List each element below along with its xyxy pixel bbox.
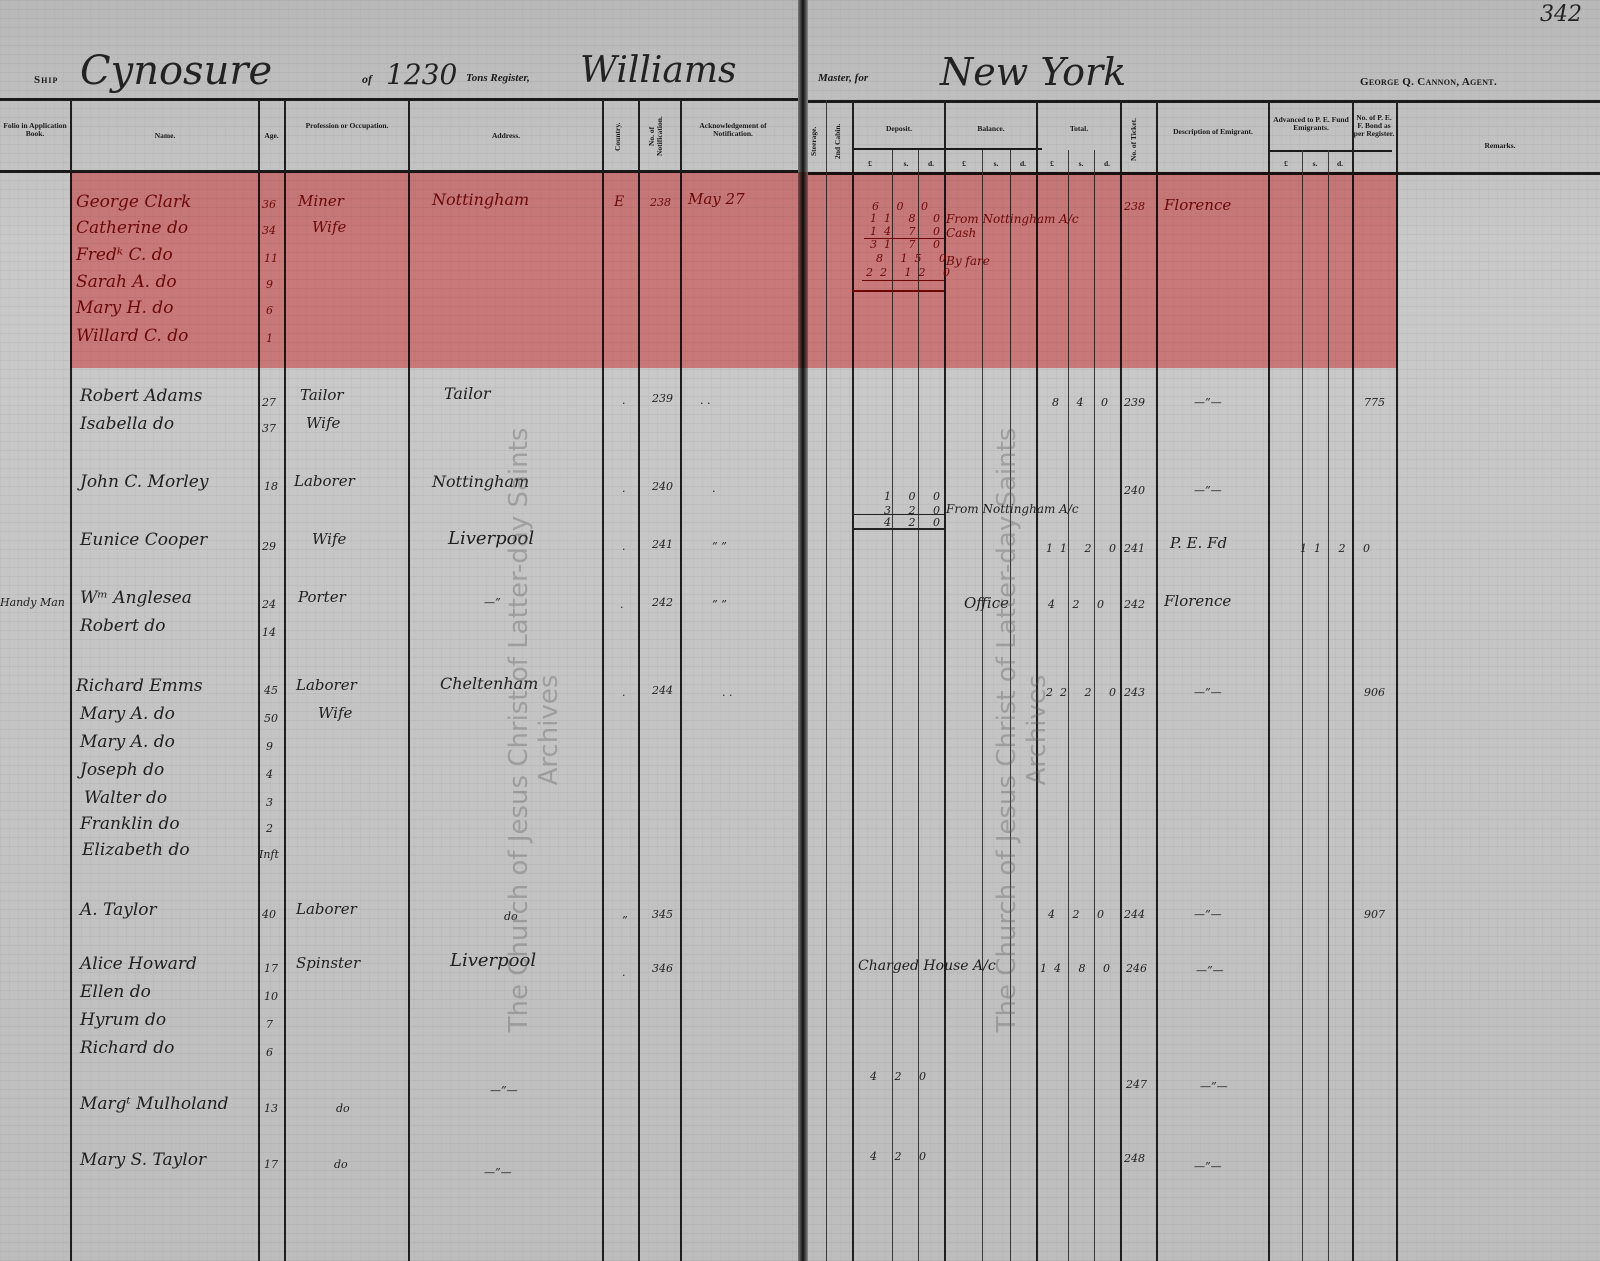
passenger-occupation: Porter	[298, 588, 346, 606]
passenger-name: Mary A. do	[80, 732, 175, 752]
passenger-age: 6	[266, 304, 273, 317]
passenger-name: Mary S. Taylor	[80, 1150, 206, 1170]
header-deposit-pound: £	[860, 160, 880, 168]
passenger-age: 9	[266, 740, 273, 753]
passenger-address: Nottingham	[432, 190, 529, 209]
tons-value: 1230	[386, 58, 457, 91]
col-divider	[1268, 100, 1270, 1261]
header-profession: Profession or Occupation.	[300, 122, 394, 130]
passenger-occupation: Wife	[318, 704, 352, 722]
header-top-rule-right	[808, 100, 1600, 103]
col-divider	[284, 100, 286, 1261]
passenger-age: Inft	[259, 848, 279, 861]
col-divider	[258, 100, 260, 1261]
col-divider	[892, 150, 893, 1261]
deposit-entry: 11 8 0	[870, 212, 947, 225]
deposit-entry: 1 0 0	[884, 490, 947, 503]
watermark-text: Archives	[1022, 410, 1052, 1050]
header-advanced-pence: d.	[1330, 160, 1350, 168]
passenger-age: 50	[264, 712, 278, 725]
advanced-amount: 11 2 0	[1300, 542, 1377, 555]
emigrant-description: —”—	[1194, 484, 1222, 497]
acknowledgement-date: May 27	[688, 190, 745, 208]
header-balance-shilling: s.	[986, 160, 1006, 168]
passenger-name: Willard C. do	[76, 326, 188, 346]
col-divider	[918, 150, 919, 1261]
header-total-pence: d.	[1097, 160, 1117, 168]
passenger-address: —”—	[490, 1084, 518, 1097]
tons-register-label: Tons Register,	[466, 72, 530, 84]
col-divider	[1120, 100, 1122, 1261]
acknowledgement-date: . .	[722, 686, 733, 699]
passenger-name: George Clark	[76, 192, 191, 212]
header-remarks: Remarks.	[1400, 142, 1600, 150]
passenger-name: A. Taylor	[80, 900, 157, 920]
ticket-number: 241	[1124, 542, 1145, 555]
sum-rule	[862, 280, 944, 281]
passenger-age: 17	[264, 1158, 278, 1171]
passenger-country: .	[622, 482, 626, 495]
emigrant-description: —”—	[1200, 1080, 1228, 1093]
header-total-shilling: s.	[1071, 160, 1091, 168]
passenger-country: .	[622, 966, 626, 979]
ticket-number: 244	[1124, 908, 1145, 921]
notification-number: 240	[652, 480, 673, 493]
passenger-age: 6	[266, 1046, 273, 1059]
header-steerage: Steerage.	[810, 116, 818, 166]
passenger-age: 1	[266, 332, 273, 345]
passenger-address: Tailor	[444, 384, 490, 403]
header-total-pound: £	[1042, 160, 1062, 168]
passenger-occupation: Tailor	[300, 386, 344, 404]
col-divider	[638, 100, 640, 1261]
header-bottom-rule-right	[808, 172, 1600, 175]
watermark-text: The Church of Jesus Christ of Latter-day…	[992, 410, 1022, 1050]
deposit-entry: 22 12 0	[866, 266, 957, 279]
passenger-name: Catherine do	[76, 218, 188, 238]
col-divider	[1094, 150, 1095, 1261]
col-divider	[70, 100, 72, 1261]
notification-number: 241	[652, 538, 673, 551]
master-for-label: Master, for	[818, 72, 868, 84]
notification-number: 238	[650, 196, 671, 209]
header-deposit-pence: d.	[921, 160, 941, 168]
passenger-occupation: Laborer	[296, 900, 357, 918]
header-folio: Folio in Application Book.	[2, 122, 68, 138]
deposit-note: From Nottingham A/c	[946, 212, 1079, 226]
ticket-number: 238	[1124, 200, 1145, 213]
deposit-note: Cash	[946, 226, 976, 240]
book-gutter	[798, 0, 808, 1261]
header-address: Address.	[410, 132, 602, 140]
passenger-occupation: Wife	[312, 218, 346, 236]
passenger-occupation: do	[336, 1102, 350, 1115]
col-divider	[1328, 150, 1329, 1261]
archive-watermark-right: The Church of Jesus Christ of Latter-day…	[992, 410, 1052, 1050]
header-description: Description of Emigrant.	[1170, 128, 1256, 136]
header-second-cabin: 2nd Cabin.	[834, 116, 842, 166]
agent-label: George Q. Cannon, Agent.	[1360, 76, 1497, 88]
header-bond: No. of P. E. F. Bond as per Register.	[1353, 114, 1395, 138]
passenger-occupation: Wife	[312, 530, 346, 548]
emigrant-description: Florence	[1164, 592, 1231, 610]
notification-number: 244	[652, 684, 673, 697]
total-fare: 4 2 0	[1048, 908, 1111, 921]
total-fare: 4 2 0	[1048, 598, 1111, 611]
header-bottom-rule	[0, 170, 798, 173]
passenger-name: Margᵗ Mulholand	[80, 1094, 229, 1114]
passenger-age: 36	[262, 198, 276, 211]
passenger-age: 17	[264, 962, 278, 975]
passenger-name: Robert do	[80, 616, 165, 636]
deposit-entry: 14 7 0	[870, 225, 947, 238]
passenger-country: ”	[622, 914, 628, 927]
passenger-age: 29	[262, 540, 276, 553]
passenger-age: 9	[266, 278, 273, 291]
passenger-age: 40	[262, 908, 276, 921]
emigrant-description: Florence	[1164, 196, 1231, 214]
money-subheader-rule	[852, 148, 1042, 150]
deposit-entry: 31 7 0	[870, 238, 947, 251]
notification-number: 346	[652, 962, 673, 975]
passenger-name: Hyrum do	[80, 1010, 166, 1030]
passenger-name: Richard Emms	[76, 676, 203, 696]
destination: New York	[940, 50, 1126, 94]
sum-rule	[852, 514, 944, 515]
ticket-number: 248	[1124, 1152, 1145, 1165]
header-age: Age.	[259, 132, 284, 140]
passenger-age: 45	[264, 684, 278, 697]
passenger-occupation: Spinster	[296, 954, 360, 972]
col-divider	[1352, 100, 1354, 1261]
passenger-age: 3	[266, 796, 273, 809]
ticket-number: 243	[1124, 686, 1145, 699]
passenger-occupation: Laborer	[294, 472, 355, 490]
acknowledgement-date: ” ”	[712, 598, 727, 611]
passenger-name: Sarah A. do	[76, 272, 177, 292]
col-divider	[1068, 150, 1069, 1261]
passenger-name: Mary H. do	[76, 298, 173, 318]
passenger-occupation: Laborer	[296, 676, 357, 694]
deposit-note: By fare	[946, 254, 990, 268]
passenger-age: 11	[264, 252, 278, 265]
passenger-age: 24	[262, 598, 276, 611]
header-advanced-pound: £	[1276, 160, 1296, 168]
col-divider	[1396, 100, 1398, 1261]
passenger-age: 2	[266, 822, 273, 835]
passenger-address: —”	[484, 596, 501, 609]
passenger-name: John C. Morley	[80, 472, 208, 492]
watermark-text: Archives	[534, 410, 564, 1050]
header-total: Total.	[1038, 125, 1120, 133]
ship-label: Ship	[34, 74, 58, 86]
deposit-amount: 4 2 0	[870, 1070, 933, 1083]
passenger-name: Walter do	[84, 788, 167, 808]
deposit-amount: 4 2 0	[870, 1150, 933, 1163]
passenger-age: 7	[266, 1018, 273, 1031]
deposit-note: Charged House A/c	[858, 958, 996, 974]
col-divider	[852, 100, 854, 1261]
passenger-name: Elizabeth do	[82, 840, 190, 860]
header-advanced: Advanced to P. E. Fund Emigrants.	[1270, 116, 1352, 132]
header-ticket-no: No. of Ticket.	[1130, 110, 1138, 168]
header-country: Country.	[614, 112, 622, 162]
header-notification-no: No. of Notification.	[648, 106, 668, 166]
emigrant-description: P. E. Fd	[1170, 534, 1227, 552]
ticket-number: 247	[1126, 1078, 1147, 1091]
passenger-name: Fredᵏ C. do	[76, 245, 173, 265]
passenger-name: Eunice Cooper	[80, 530, 207, 550]
passenger-age: 34	[262, 224, 276, 237]
emigrant-description: —”—	[1194, 908, 1222, 921]
passenger-age: 27	[262, 396, 276, 409]
notification-number: 345	[652, 908, 673, 921]
header-deposit-shilling: s.	[896, 160, 916, 168]
sum-rule	[864, 238, 944, 239]
notification-number: 242	[652, 596, 673, 609]
total-fare: 22 2 0	[1046, 686, 1123, 699]
passenger-occupation: do	[334, 1158, 348, 1171]
master-name: Williams	[580, 50, 737, 91]
header-name: Name.	[72, 132, 258, 140]
passenger-country: .	[620, 598, 624, 611]
passenger-name: Isabella do	[80, 414, 174, 434]
passenger-name: Ellen do	[80, 982, 151, 1002]
passenger-country: .	[622, 394, 626, 407]
bond-number: 907	[1364, 908, 1385, 921]
col-divider	[680, 100, 682, 1261]
passenger-address: —”—	[484, 1166, 512, 1179]
folio-note: Handy Man	[0, 596, 65, 609]
col-divider	[602, 100, 604, 1261]
passenger-age: 18	[264, 480, 278, 493]
deposit-entry: 8 15 0	[876, 252, 953, 265]
header-advanced-shilling: s.	[1305, 160, 1325, 168]
header-balance-pence: d.	[1013, 160, 1033, 168]
emigrant-description: —”—	[1194, 686, 1222, 699]
passenger-country: .	[622, 540, 626, 553]
bond-number: 906	[1364, 686, 1385, 699]
passenger-age: 13	[264, 1102, 278, 1115]
col-divider	[408, 100, 410, 1261]
page-number: 342	[1540, 2, 1582, 27]
acknowledgement-date: ” ”	[712, 540, 727, 553]
bond-number: 775	[1364, 396, 1385, 409]
ticket-number: 239	[1124, 396, 1145, 409]
col-divider	[826, 100, 827, 1261]
emigrant-description: —”—	[1194, 396, 1222, 409]
passenger-name: Robert Adams	[80, 386, 202, 406]
passenger-name: Alice Howard	[80, 954, 197, 974]
header-top-rule	[0, 98, 798, 101]
of-label: of	[362, 72, 372, 87]
notification-number: 239	[652, 392, 673, 405]
header-balance: Balance.	[946, 125, 1036, 133]
passenger-occupation: Miner	[298, 192, 344, 210]
ticket-number: 242	[1124, 598, 1145, 611]
ticket-number: 240	[1124, 484, 1145, 497]
acknowledgement-date: . .	[700, 394, 711, 407]
passenger-occupation: Wife	[306, 414, 340, 432]
passenger-name: Wᵐ Anglesea	[80, 588, 192, 608]
col-divider	[1156, 100, 1158, 1261]
watermark-text: The Church of Jesus Christ of Latter-day…	[504, 410, 534, 1050]
passenger-age: 14	[262, 626, 276, 639]
passenger-age: 37	[262, 422, 276, 435]
header-deposit: Deposit.	[854, 125, 944, 133]
archive-watermark-left: The Church of Jesus Christ of Latter-day…	[504, 410, 564, 1050]
ship-name: Cynosure	[80, 48, 272, 94]
passenger-country: .	[622, 686, 626, 699]
passenger-name: Joseph do	[80, 760, 164, 780]
sum-rule	[852, 528, 944, 530]
ticket-number: 246	[1126, 962, 1147, 975]
total-fare: 11 2 0	[1046, 542, 1123, 555]
passenger-name: Richard do	[80, 1038, 174, 1058]
passenger-age: 4	[266, 768, 273, 781]
emigrant-description: —”—	[1196, 964, 1224, 977]
advanced-subheader-rule	[1268, 150, 1392, 152]
col-divider	[982, 150, 983, 1261]
col-divider	[1302, 150, 1303, 1261]
passenger-age: 10	[264, 990, 278, 1003]
passenger-name: Mary A. do	[80, 704, 175, 724]
passenger-country: E	[614, 194, 624, 210]
sum-rule	[852, 290, 944, 292]
total-fare: 8 4 0	[1052, 396, 1115, 409]
header-balance-pound: £	[954, 160, 974, 168]
acknowledgement-date: .	[712, 482, 716, 495]
passenger-name: Franklin do	[80, 814, 180, 834]
emigrant-description: —”—	[1194, 1160, 1222, 1173]
header-acknowledgement: Acknowledgement of Notification.	[684, 122, 782, 138]
